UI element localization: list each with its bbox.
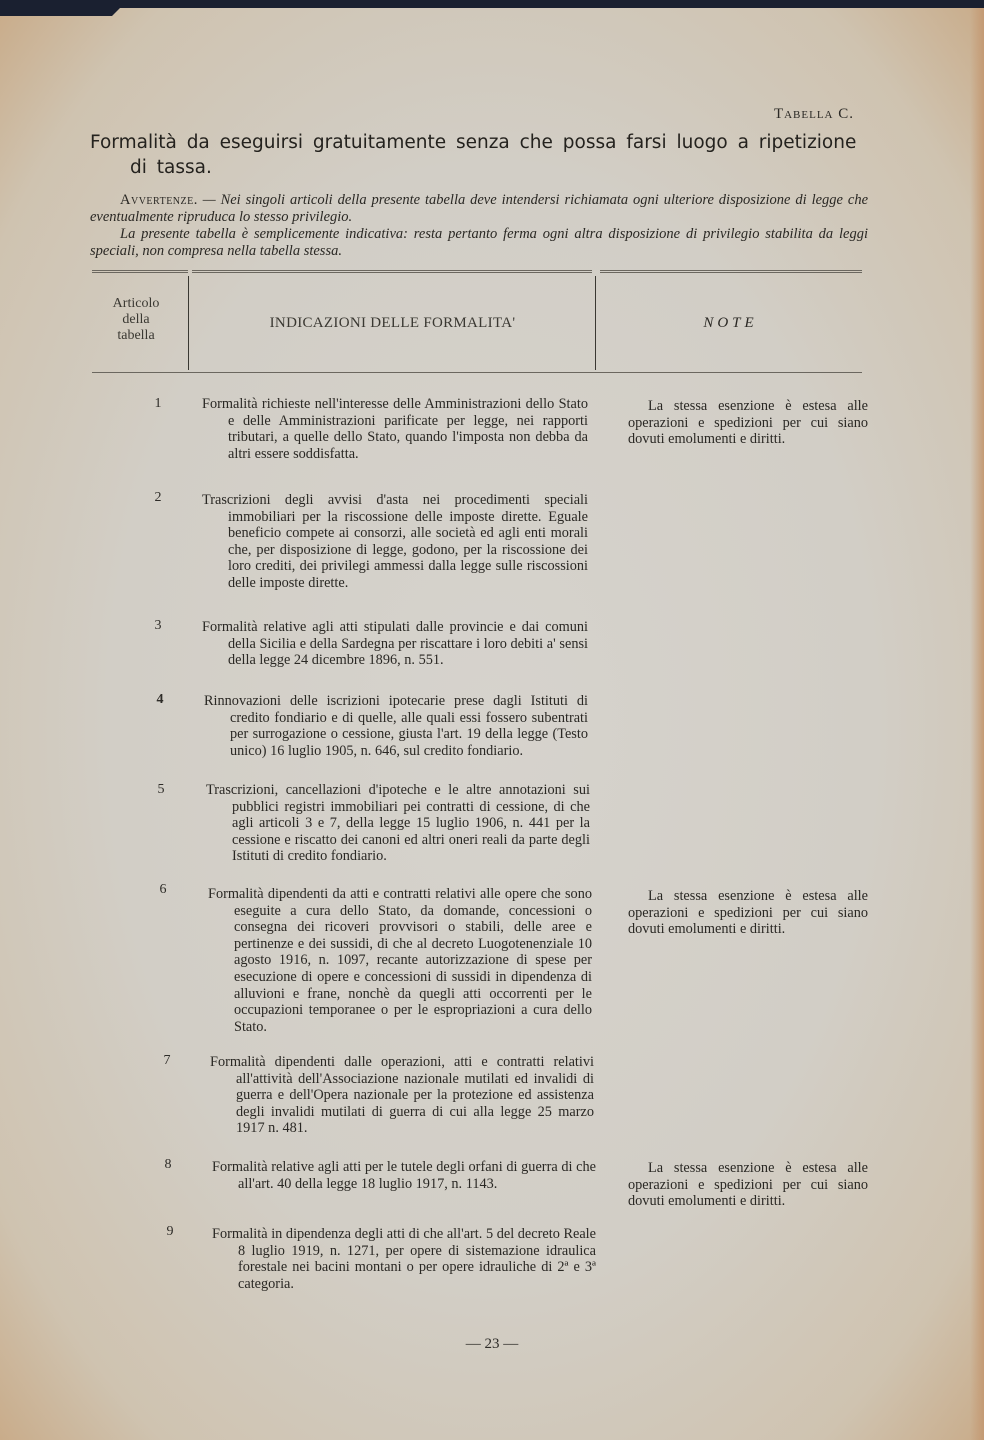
row-number: 5 — [151, 782, 171, 798]
row-text-body: Rinnovazioni delle iscrizioni ipotecarie… — [230, 693, 588, 759]
row-text: Formalità relative agli atti per le tute… — [212, 1159, 596, 1192]
row-text: Formalità dipendenti dalle operazioni, a… — [210, 1054, 594, 1137]
row-note: La stessa esenzione è estesa alle operaz… — [628, 398, 868, 448]
row-number: 9 — [160, 1224, 180, 1240]
row-text-body: Formalità relative agli atti per le tute… — [238, 1159, 596, 1192]
row-text-body: Formalità dipendenti dalle operazioni, a… — [236, 1054, 594, 1137]
row-number: 3 — [148, 618, 168, 634]
warning-text-1: — Nei singoli articoli della presente ta… — [90, 192, 868, 225]
warning-lead: Avvertenze. — [120, 192, 198, 208]
page-title: Formalità da eseguirsi gratuitamente sen… — [90, 130, 870, 180]
header-rule-top-mid — [192, 270, 592, 273]
row-note-text: La stessa esenzione è estesa alle operaz… — [628, 888, 868, 938]
column-divider-1 — [188, 276, 189, 370]
row-number: 1 — [148, 396, 168, 412]
page-edge — [970, 8, 984, 1440]
row-number: 6 — [153, 882, 173, 898]
page-number: — 23 — — [0, 1336, 984, 1353]
row-text: Trascrizioni, cancellazioni d'ipoteche e… — [206, 782, 590, 865]
column-header-articolo-line-3: tabella — [96, 328, 176, 344]
row-note: La stessa esenzione è estesa alle operaz… — [628, 888, 868, 938]
row-number: 2 — [148, 490, 168, 506]
row-number: 8 — [158, 1157, 178, 1173]
row-text-body: Formalità relative agli atti stipulati d… — [228, 619, 588, 669]
header-rule-top-left — [92, 270, 188, 273]
header-rule-top-right — [600, 270, 862, 273]
row-text: Trascrizioni degli avvisi d'asta nei pro… — [202, 492, 588, 592]
row-note-text: La stessa esenzione è estesa alle operaz… — [628, 1160, 868, 1210]
row-text-body: Trascrizioni degli avvisi d'asta nei pro… — [228, 492, 588, 592]
row-text-body: Formalità richieste nell'interesse delle… — [228, 396, 588, 462]
column-header-indicazioni: INDICAZIONI DELLE FORMALITA' — [190, 315, 595, 332]
row-text-body: Trascrizioni, cancellazioni d'ipoteche e… — [232, 782, 590, 865]
row-text: Rinnovazioni delle iscrizioni ipotecarie… — [204, 693, 588, 759]
row-text-body: Formalità dipendenti da atti e contratti… — [234, 886, 592, 1035]
column-header-note: NOTE — [598, 315, 863, 332]
row-text-body: Formalità in dipendenza degli atti di ch… — [238, 1226, 596, 1292]
title-line-1: Formalità da eseguirsi gratuitamente sen… — [90, 132, 856, 153]
column-header-articolo-line-2: della — [96, 312, 176, 328]
row-text: Formalità in dipendenza degli atti di ch… — [212, 1226, 596, 1292]
document-page: Tabella C. Formalità da eseguirsi gratui… — [0, 8, 984, 1440]
title-line-2: di tassa. — [90, 155, 870, 180]
warnings-block: Avvertenze. — Nei singoli articoli della… — [90, 192, 868, 260]
row-note: La stessa esenzione è estesa alle operaz… — [628, 1160, 868, 1210]
column-header-articolo-line-1: Articolo — [96, 296, 176, 312]
column-divider-2 — [595, 276, 596, 370]
row-note-text: La stessa esenzione è estesa alle operaz… — [628, 398, 868, 448]
header-rule-bottom — [92, 372, 862, 373]
column-header-articolo: Articolo della tabella — [96, 296, 176, 344]
row-number: 7 — [157, 1053, 177, 1069]
row-text: Formalità dipendenti da atti e contratti… — [208, 886, 592, 1035]
warning-paragraph-1: Avvertenze. — Nei singoli articoli della… — [90, 192, 868, 226]
warning-paragraph-2: La presente tabella è semplicemente indi… — [90, 226, 868, 260]
table-label: Tabella C. — [774, 106, 854, 123]
row-text: Formalità relative agli atti stipulati d… — [202, 619, 588, 669]
row-number: 4 — [150, 692, 170, 708]
row-text: Formalità richieste nell'interesse delle… — [202, 396, 588, 462]
